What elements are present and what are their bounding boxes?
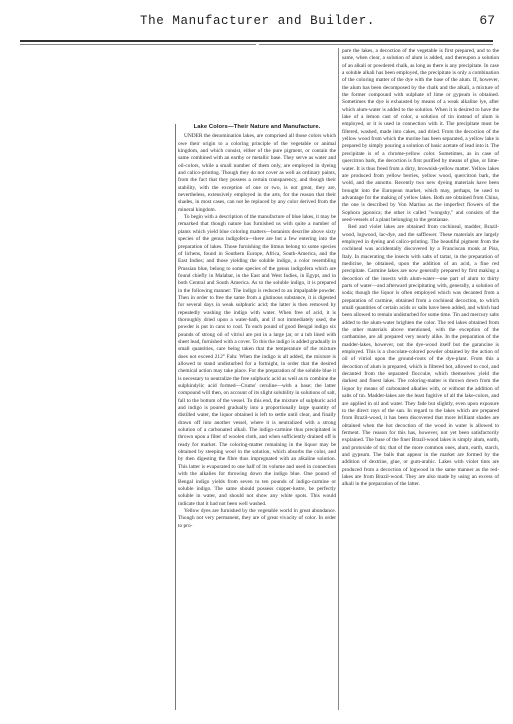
left-column: Lake Colors—Their Nature and Manufacture… xyxy=(178,124,336,530)
journal-title: The Manufacturer and Builder. xyxy=(20,14,495,28)
paragraph: To begin with a description of the manuf… xyxy=(178,214,336,508)
paragraph: UNDER the denomination lakes, are compri… xyxy=(178,133,336,214)
header-rule-left xyxy=(20,44,256,45)
page-number: 67 xyxy=(479,13,495,28)
paragraph: Yellow dyes are furnished by the vegetab… xyxy=(178,508,336,530)
paragraph: pare the lakes, a decoction of the veget… xyxy=(342,48,499,224)
right-column: pare the lakes, a decoction of the veget… xyxy=(342,48,499,489)
column-divider xyxy=(338,48,339,710)
paragraph: Red and violet lakes are obtained from c… xyxy=(342,224,499,488)
left-column-border xyxy=(175,124,176,710)
article-title: Lake Colors—Their Nature and Manufacture… xyxy=(178,124,336,131)
header-rule xyxy=(20,40,493,42)
page-header: The Manufacturer and Builder. 67 xyxy=(20,14,495,34)
header-rule-right xyxy=(259,44,493,45)
